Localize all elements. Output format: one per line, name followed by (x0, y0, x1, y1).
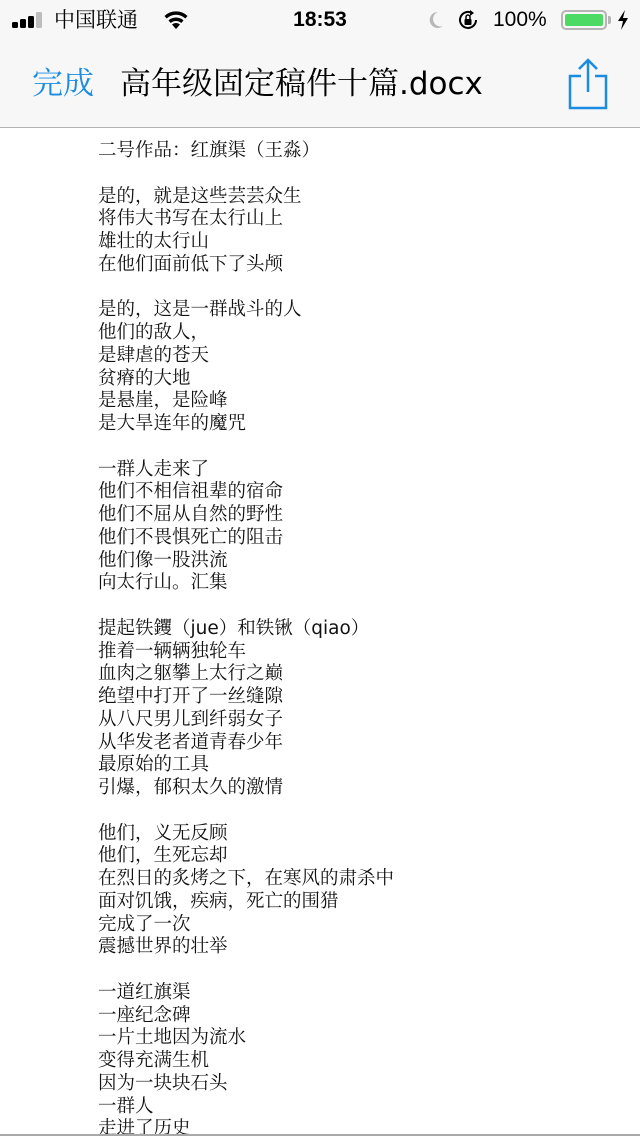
status-bar: 中国联通 18:53 100% (0, 0, 640, 40)
document-line: 一群人走来了 (98, 459, 618, 482)
document-line: 是的，这是一群战斗的人 (98, 299, 618, 322)
document-line: 他们，生死忘却 (98, 845, 618, 868)
document-line: 引爆，郁积太久的激情 (98, 777, 618, 800)
document-line: 推着一辆辆独轮车 (98, 641, 618, 664)
document-line: 是肆虐的苍天 (98, 345, 618, 368)
document-line: 雄壮的太行山 (98, 231, 618, 254)
battery-percentage: 100% (493, 7, 547, 33)
document-line: 最原始的工具 (98, 754, 618, 777)
document-line: 绝望中打开了一丝缝隙 (98, 686, 618, 709)
blank-line (98, 800, 618, 823)
document-line: 他们不屈从自然的野性 (98, 504, 618, 527)
document-line: 一座纪念碑 (98, 1005, 618, 1028)
blank-line (98, 277, 618, 300)
document-line: 将伟大书写在太行山上 (98, 208, 618, 231)
document-line: 提起铁钁（jue）和铁锹（qiao） (98, 618, 618, 641)
orientation-lock-icon (456, 8, 480, 32)
document-line: 是悬崖，是险峰 (98, 390, 618, 413)
done-button[interactable]: 完成 (32, 64, 94, 104)
document-line: 面对饥饿，疾病，死亡的围猎 (98, 891, 618, 914)
document-line: 他们不畏惧死亡的阻击 (98, 527, 618, 550)
document-viewer[interactable]: 二号作品：红旗渠（王淼）是的，就是这些芸芸众生将伟大书写在太行山上雄壮的太行山在… (0, 130, 640, 1136)
document-body: 二号作品：红旗渠（王淼）是的，就是这些芸芸众生将伟大书写在太行山上雄壮的太行山在… (98, 140, 618, 1136)
document-line: 从华发老者道青春少年 (98, 732, 618, 755)
document-line: 震撼世界的壮举 (98, 936, 618, 959)
document-title: 高年级固定稿件十篇.docx (120, 64, 483, 104)
document-line: 在他们面前低下了头颅 (98, 254, 618, 277)
document-line: 向太行山。汇集 (98, 572, 618, 595)
blank-line (98, 163, 618, 186)
document-line: 他们像一股洪流 (98, 550, 618, 573)
blank-line (98, 959, 618, 982)
document-line: 他们，义无反顾 (98, 823, 618, 846)
battery-icon (561, 10, 607, 30)
document-line: 从八尺男儿到纤弱女子 (98, 709, 618, 732)
battery-tip (608, 16, 611, 24)
document-line: 是大旱连年的魔咒 (98, 413, 618, 436)
document-line: 变得充满生机 (98, 1050, 618, 1073)
document-line: 是的，就是这些芸芸众生 (98, 186, 618, 209)
blank-line (98, 595, 618, 618)
document-line: 在烈日的炙烤之下，在寒风的肃杀中 (98, 868, 618, 891)
document-line: 他们的敌人， (98, 322, 618, 345)
document-line: 二号作品：红旗渠（王淼） (98, 140, 618, 163)
document-line: 他们不相信祖辈的宿命 (98, 481, 618, 504)
document-line: 血肉之躯攀上太行之巅 (98, 663, 618, 686)
do-not-disturb-moon-icon (426, 10, 444, 30)
charging-bolt-icon (616, 10, 630, 30)
document-line: 因为一块块石头 (98, 1073, 618, 1096)
document-line: 一道红旗渠 (98, 982, 618, 1005)
blank-line (98, 436, 618, 459)
document-line: 一群人 (98, 1096, 618, 1119)
document-line: 贫瘠的大地 (98, 368, 618, 391)
document-line: 完成了一次 (98, 914, 618, 937)
navigation-bar: 完成 高年级固定稿件十篇.docx (0, 40, 640, 128)
document-line: 一片土地因为流水 (98, 1027, 618, 1050)
share-icon[interactable] (566, 56, 610, 112)
